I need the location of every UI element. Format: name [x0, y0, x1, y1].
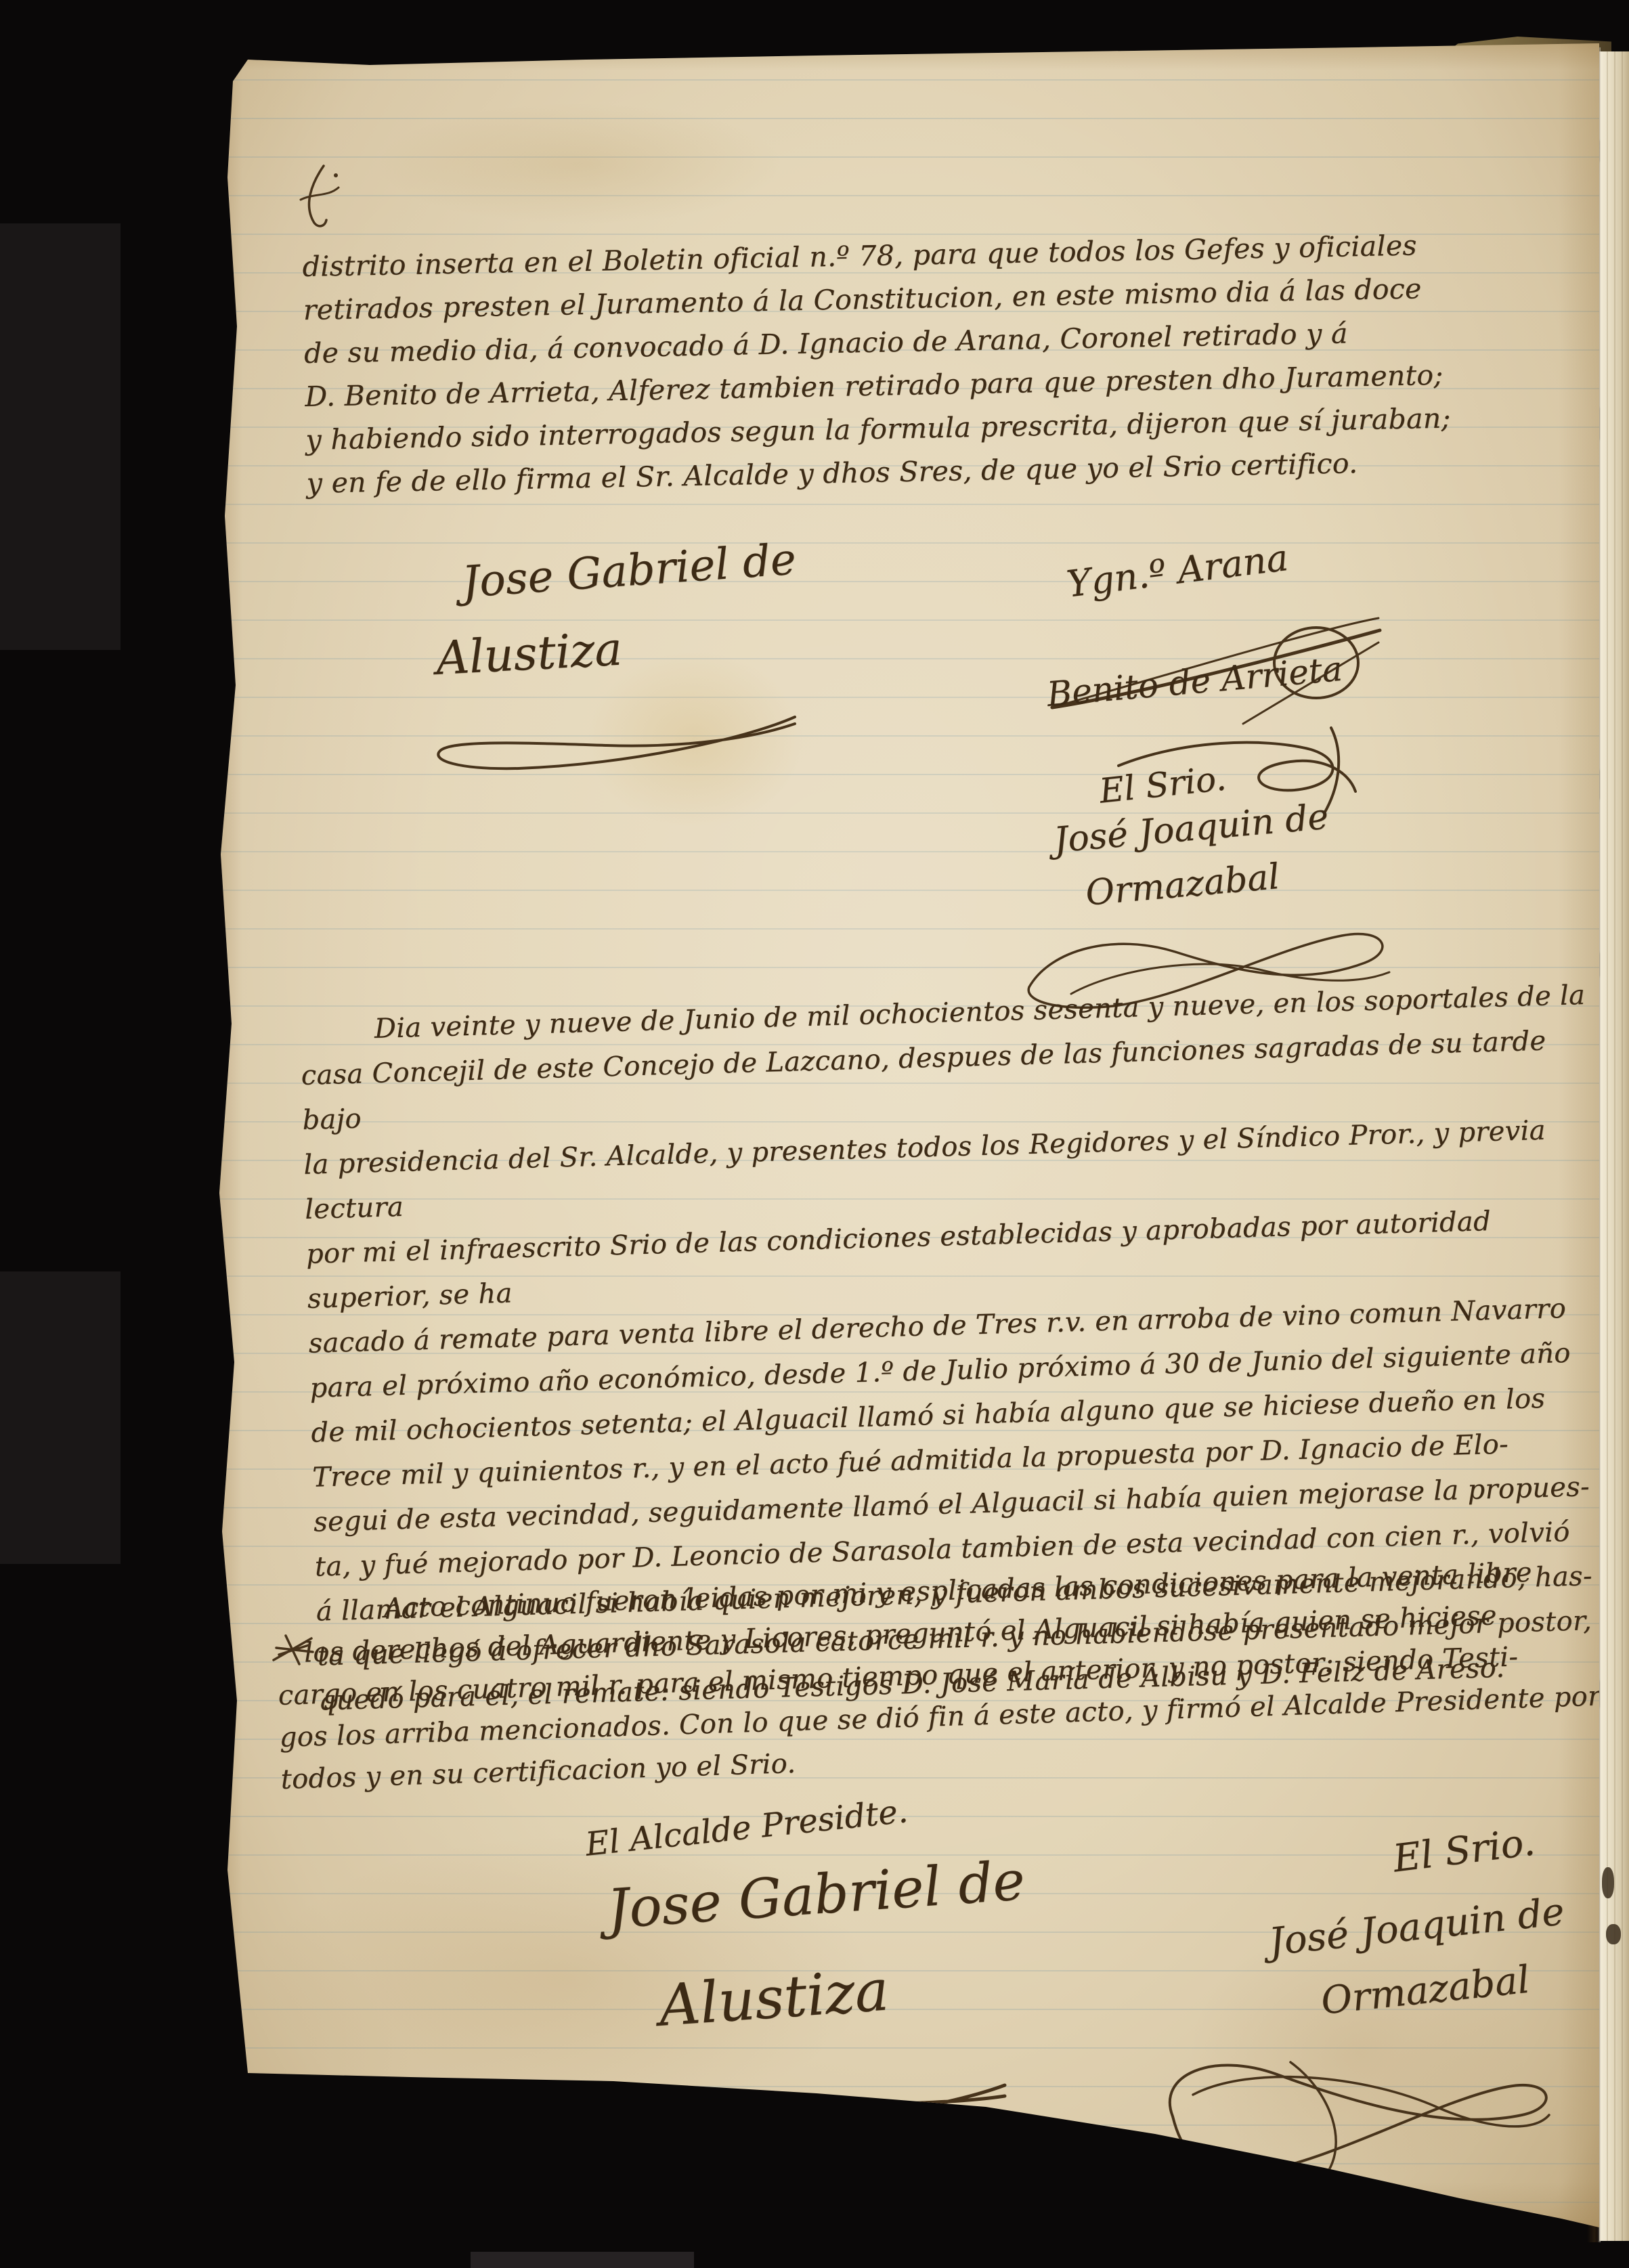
crossed-out-word-mark — [269, 1632, 318, 1667]
signature-ormazabal-bottom-line1: José Joaquin de — [1267, 1890, 1566, 1964]
paragraph-oath-record: distrito inserta en el Boletin oficial n… — [302, 221, 1593, 505]
background-patch — [0, 223, 121, 650]
background-patch — [471, 2252, 694, 2268]
signature-alustiza-bottom-line1: Jose Gabriel de — [605, 1849, 1027, 1941]
signature-mayor-title: El Alcalde Presidte. — [584, 1792, 909, 1864]
ink-stain — [1602, 1867, 1614, 1898]
paper-stain — [376, 103, 783, 225]
rubric-flourish-ormazabal-bottom — [1148, 2032, 1568, 2188]
background-patch — [0, 1271, 121, 1564]
scanned-manuscript-photo: { "manuscript": { "language": "Spanish",… — [0, 0, 1629, 2268]
manuscript-page: distrito inserta en el Boletin oficial n… — [207, 42, 1599, 2240]
signature-alustiza-line1: Jose Gabriel de — [460, 535, 798, 608]
signature-secretary-title-bottom: El Srio. — [1391, 1820, 1538, 1881]
rubric-flourish-alustiza — [424, 709, 803, 773]
signature-arana: Ygn.º Arana — [1064, 536, 1290, 606]
rubric-flourish-alustiza-bottom — [634, 2074, 1013, 2152]
signature-ormazabal-line2: Ormazabal — [1084, 856, 1281, 914]
ink-stain — [1606, 1924, 1621, 1944]
signature-alustiza-line2: Alustiza — [435, 623, 624, 686]
next-page-edge — [1599, 51, 1629, 2241]
corner-ink-mark — [288, 160, 349, 235]
signature-ormazabal-bottom-line2: Ormazabal — [1319, 1958, 1532, 2024]
signature-alustiza-bottom-line2: Alustiza — [657, 1957, 891, 2038]
paragraph-closing-record: Acto continuo fueron leidas por mi y esp… — [275, 1549, 1608, 1800]
